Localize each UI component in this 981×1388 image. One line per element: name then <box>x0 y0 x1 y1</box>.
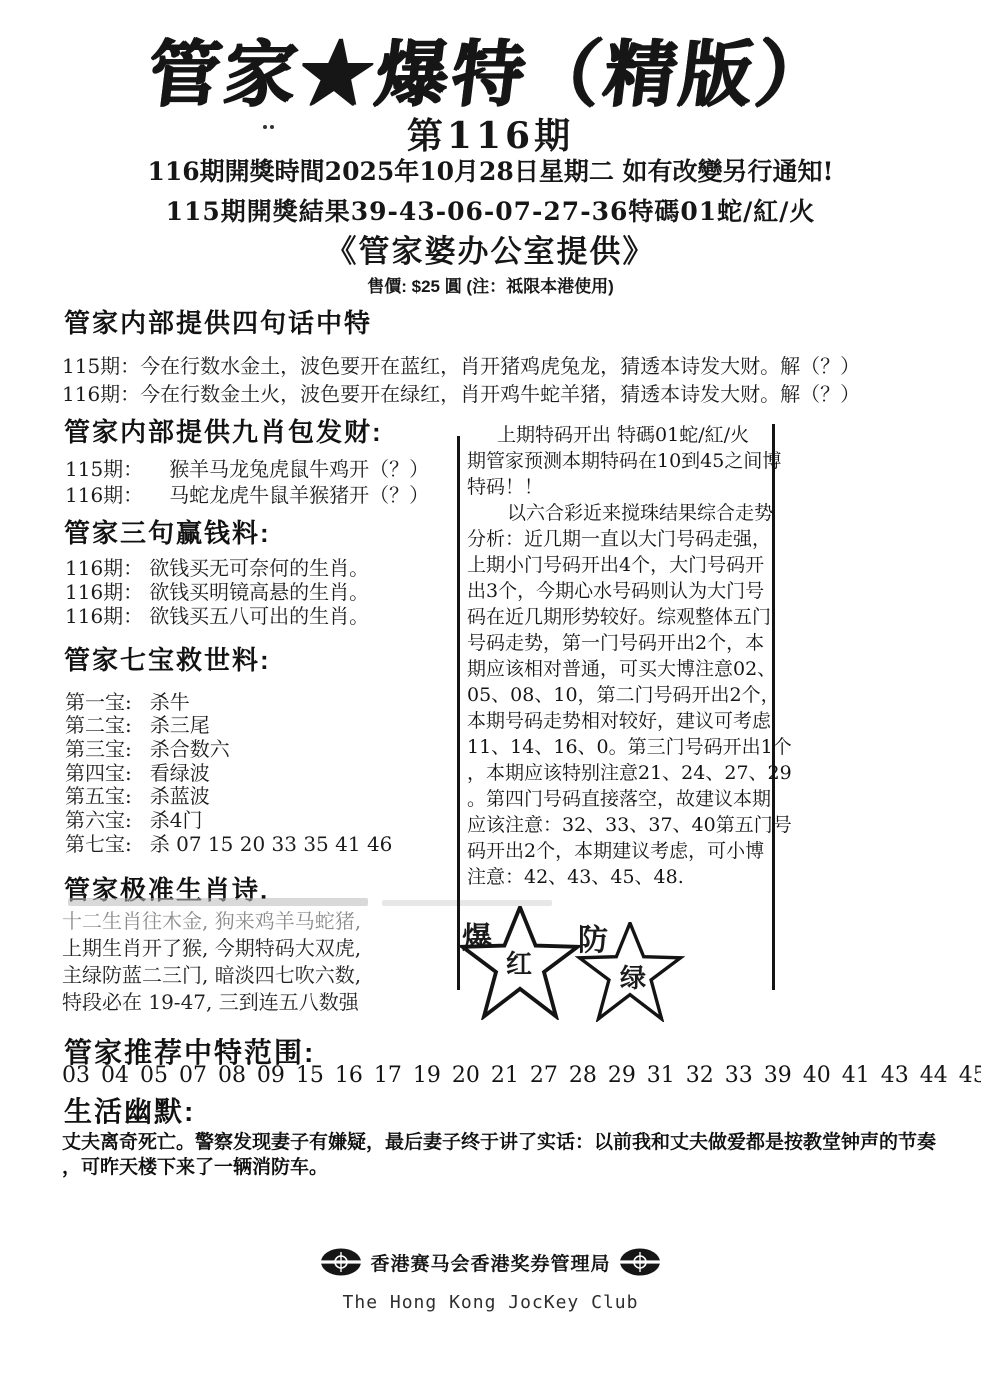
footer-org-name-en: The Hong Kong JocKey Club <box>0 1292 981 1313</box>
analysis-line: 期应该相对普通，可买大博注意02、 <box>467 656 773 682</box>
green-star-text: 绿 <box>620 958 646 995</box>
joke-line: ，可昨天楼下来了一辆消防车。 <box>62 1152 328 1179</box>
previous-result-line: 115期開獎結果39-43-06-07-27-36特碼01蛇/紅/火 <box>0 192 981 228</box>
analysis-line: 码开出2个，本期建议考虑，可小博 <box>467 838 773 864</box>
poem-line: 特段必在 19-47, 三到连五八数强 <box>62 986 359 1015</box>
treasure-text: 杀 07 15 20 33 35 41 46 <box>150 828 393 857</box>
jockey-club-crest-icon <box>320 1247 362 1277</box>
analysis-line: 特码！！ <box>467 474 773 500</box>
price-note: 售價: $25 圓 (注：祗限本港使用) <box>0 272 981 297</box>
analysis-line: 。第四门号码直接落空，故建议本期 <box>467 786 773 812</box>
joke-line: 丈夫离奇死亡。警察发现妻子有嫌疑，最后妻子终于讲了实话：以前我和丈夫做爱都是按教… <box>62 1127 936 1154</box>
nine-zodiac-row: 115期： 猴羊马龙兔虎鼠牛鸡开（？） <box>65 453 429 482</box>
footer-org-name-cn: 香港赛马会香港奖券管理局 <box>370 1249 610 1276</box>
treasure-row: 第七宝: 杀 07 15 20 33 35 41 46 <box>65 828 392 857</box>
page-title: 管家★爆特（精版） <box>0 16 981 120</box>
analysis-line: 11、14、16、0。第三门号码开出1个 <box>467 734 773 760</box>
issue-label: 115期： <box>65 453 143 482</box>
issue-label: 116期： <box>65 600 143 629</box>
poem-line: 上期生肖开了猴, 今期特码大双虎, <box>62 932 361 961</box>
phrase-text: 欲钱买五八可出的生肖。 <box>149 600 369 629</box>
analysis-line: 上期特码开出 特碼01蛇/紅/火 <box>467 422 773 448</box>
analysis-line: 本期号码走势相对较好，建议可考虑 <box>467 708 773 734</box>
draw-time-line: 116期開獎時間2025年10月28日星期二 如有改變另行通知! <box>0 152 981 188</box>
analysis-line: 期管家预测本期特码在10到45之间博 <box>467 448 773 474</box>
issue-label: 116期： <box>65 479 143 508</box>
analysis-line: 出3个，今期心水号码则认为大门号 <box>467 578 773 604</box>
analysis-line: 应该注意：32、33、37、40第五门号 <box>467 812 773 838</box>
section-heading-nine-zodiac: 管家内部提供九肖包发财: <box>64 412 383 449</box>
zodiac-list: 猴羊马龙兔虎鼠牛鸡开（？） <box>169 453 429 482</box>
analysis-line: 码在近几期形势较好。综观整体五门 <box>467 604 773 630</box>
jockey-club-crest-icon <box>619 1247 661 1277</box>
analysis-line: 上期小门号码开出4个，大门号码开 <box>467 552 773 578</box>
analysis-column: 上期特码开出 特碼01蛇/紅/火 期管家预测本期特码在10到45之间博 特码！！… <box>467 422 773 890</box>
scanned-lottery-flyer: 管家★爆特（精版） 第116期 116期開獎時間2025年10月28日星期二 如… <box>0 0 981 1388</box>
three-phrases-row: 116期： 欲钱买五八可出的生肖。 <box>65 600 369 629</box>
red-star-text: 红 <box>506 944 532 981</box>
section-heading-four-phrases: 管家内部提供四句话中特 <box>64 303 372 340</box>
recommended-numbers: 03 04 05 07 08 09 15 16 17 19 20 21 27 2… <box>62 1063 981 1088</box>
poem-line: 十二生肖往木金, 狗来鸡羊马蛇猪, <box>62 905 361 934</box>
analysis-line: ，本期应该特别注意21、24、27、29 <box>467 760 773 786</box>
analysis-line: 分析：近几期一直以大门号码走强， <box>467 526 773 552</box>
analysis-line: 05、08、10，第二门号码开出2个， <box>467 682 773 708</box>
analysis-line: 注意：42、43、45、48. <box>467 864 773 890</box>
zodiac-list: 马蛇龙虎牛鼠羊猴猪开（？） <box>169 479 429 508</box>
treasure-label: 第七宝: <box>65 828 132 857</box>
section-heading-seven-treasures: 管家七宝救世料: <box>64 640 271 677</box>
nine-zodiac-row: 116期： 马蛇龙虎牛鼠羊猴猪开（？） <box>65 479 429 508</box>
analysis-line: 以六合彩近来搅珠结果综合走势 <box>467 500 773 526</box>
analysis-line: 号码走势，第一门号码开出2个，本 <box>467 630 773 656</box>
provider-line: 《管家婆办公室提供》 <box>0 226 981 271</box>
four-phrases-line-116: 116期：今在行数金土火，波色要开在绿红，肖开鸡牛蛇羊猪，猜透本诗发大财。解（？… <box>62 378 860 407</box>
section-heading-humor: 生活幽默: <box>64 1090 195 1130</box>
four-phrases-line-115: 115期：今在行数水金土，波色要开在蓝红，肖开猪鸡虎兔龙，猜透本诗发大财。解（？… <box>62 350 860 379</box>
section-heading-three-phrases: 管家三句赢钱料: <box>64 513 271 550</box>
footer-logo-row: 香港赛马会香港奖券管理局 <box>0 1247 981 1277</box>
poem-line: 主绿防蓝二三门, 暗淡四七吹六数, <box>62 959 361 988</box>
